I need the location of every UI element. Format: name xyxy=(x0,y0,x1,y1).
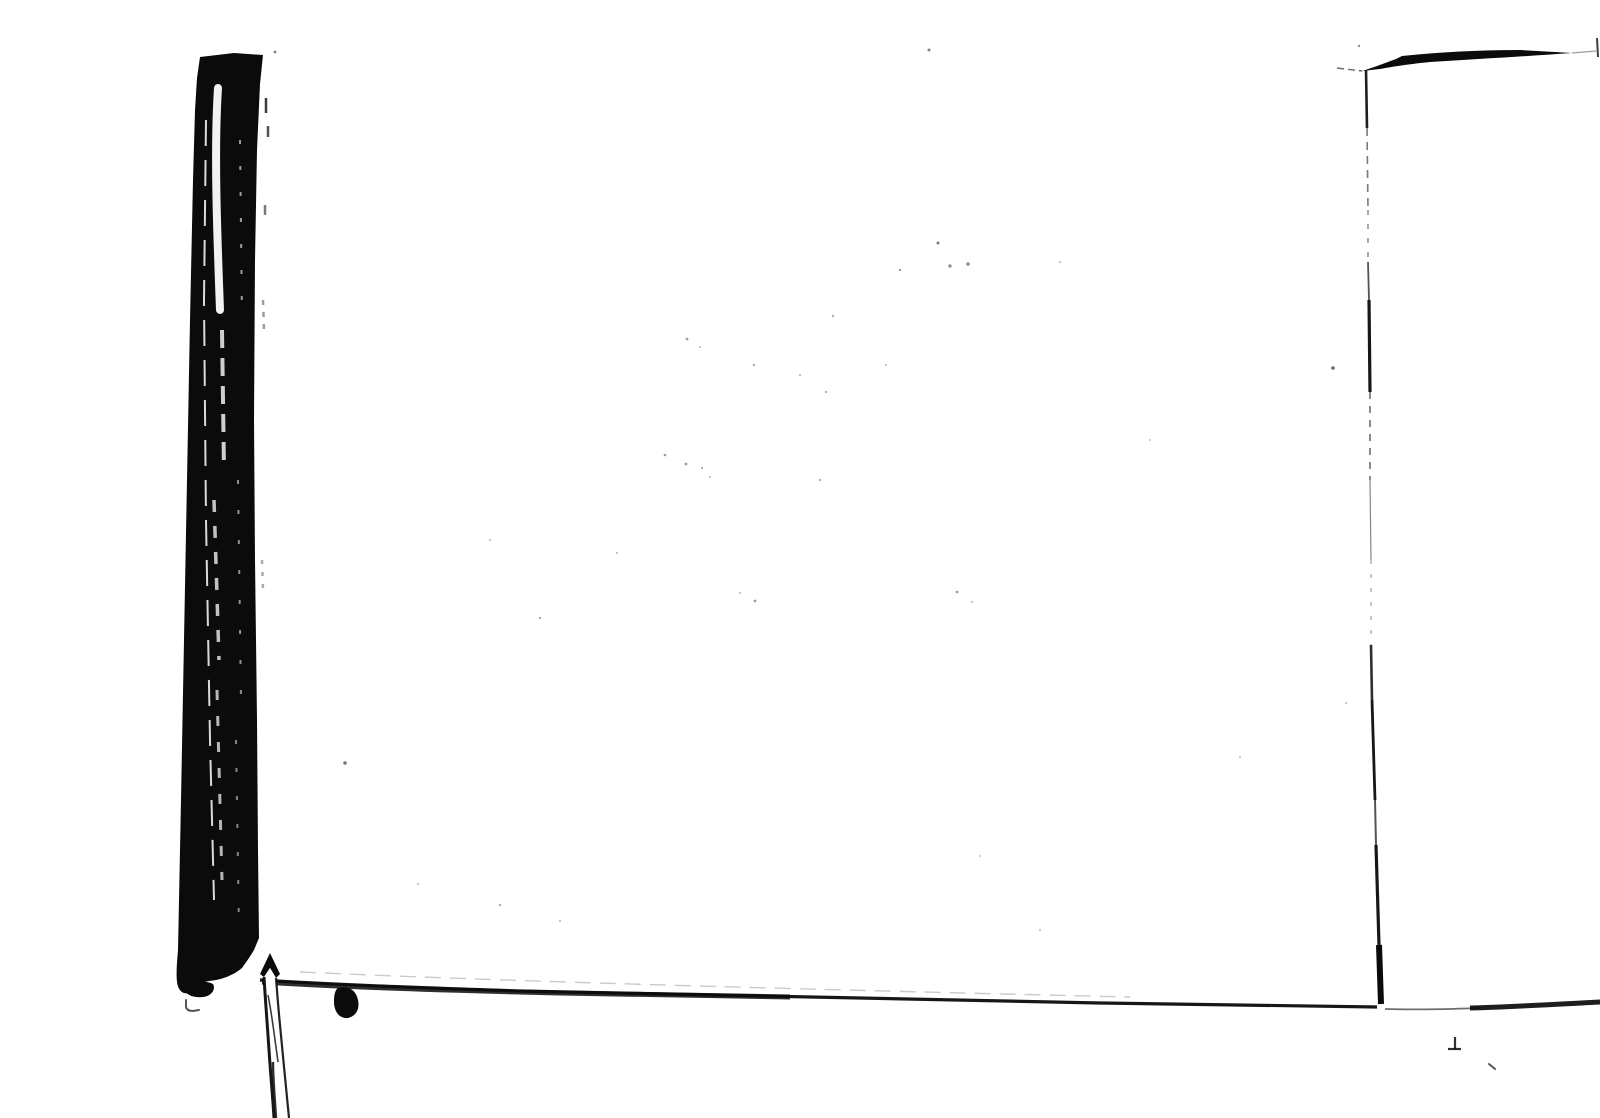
noise-speck xyxy=(499,904,501,906)
bottom-edge-right-thick xyxy=(1470,1002,1600,1008)
noise-speck xyxy=(686,338,689,341)
cover-corner-wedge xyxy=(1337,38,1598,71)
noise-speck xyxy=(899,269,901,271)
noise-speck xyxy=(937,242,940,245)
noise-speck xyxy=(699,346,701,348)
bookmark-ribbon xyxy=(260,953,289,1118)
noise-speck xyxy=(819,479,821,481)
noise-speck xyxy=(971,601,973,603)
gutter-shadow-foot xyxy=(184,980,214,997)
book-gutter-shadow xyxy=(177,53,268,997)
noise-speck xyxy=(832,315,834,317)
corner-mark-right xyxy=(1448,1037,1461,1049)
bottom-edge-right-thin xyxy=(1385,1008,1480,1009)
wedge-shape xyxy=(1362,50,1572,71)
gutter-highlight-streak-top xyxy=(216,88,220,310)
noise-speck xyxy=(1358,45,1360,47)
noise-speck xyxy=(664,454,667,457)
noise-speck xyxy=(685,463,688,466)
tick-mark xyxy=(1489,1064,1495,1069)
noise-speck xyxy=(825,391,827,393)
noise-speck xyxy=(274,51,277,54)
noise-speck xyxy=(559,920,561,922)
noise-speck xyxy=(616,552,618,554)
noise-speck xyxy=(739,592,741,594)
scan-artwork xyxy=(0,0,1600,1118)
noise-speck xyxy=(701,467,703,469)
scan-noise-specks xyxy=(274,45,1361,931)
noise-speck xyxy=(1331,366,1335,370)
right-edge-top-dash xyxy=(1597,38,1598,57)
noise-speck xyxy=(1039,929,1041,931)
noise-speck xyxy=(1059,261,1061,263)
noise-speck xyxy=(709,476,711,478)
noise-speck xyxy=(343,761,347,765)
noise-speck xyxy=(966,262,970,266)
noise-speck xyxy=(885,364,887,366)
noise-speck xyxy=(754,600,757,603)
noise-speck xyxy=(799,374,801,376)
wedge-right-tail xyxy=(1572,51,1596,53)
noise-speck xyxy=(956,591,959,594)
noise-speck xyxy=(417,883,419,885)
scanned-page xyxy=(0,0,1600,1118)
gutter-edge-flecks xyxy=(262,98,268,590)
noise-speck xyxy=(979,855,981,857)
corner-mark-left xyxy=(186,1000,199,1011)
bottom-page-edge xyxy=(260,972,1600,1009)
noise-speck xyxy=(489,539,491,541)
noise-speck xyxy=(1149,439,1151,441)
noise-speck xyxy=(1239,756,1241,758)
bottom-edge-main-line xyxy=(260,980,1377,1007)
right-page-edge-line xyxy=(1366,70,1381,1004)
noise-speck xyxy=(928,49,931,52)
noise-speck xyxy=(753,364,755,366)
wedge-left-tail xyxy=(1337,68,1362,71)
noise-speck xyxy=(948,264,951,267)
noise-speck xyxy=(539,617,541,619)
noise-speck xyxy=(1345,702,1347,704)
ink-blob-tab xyxy=(334,987,359,1018)
